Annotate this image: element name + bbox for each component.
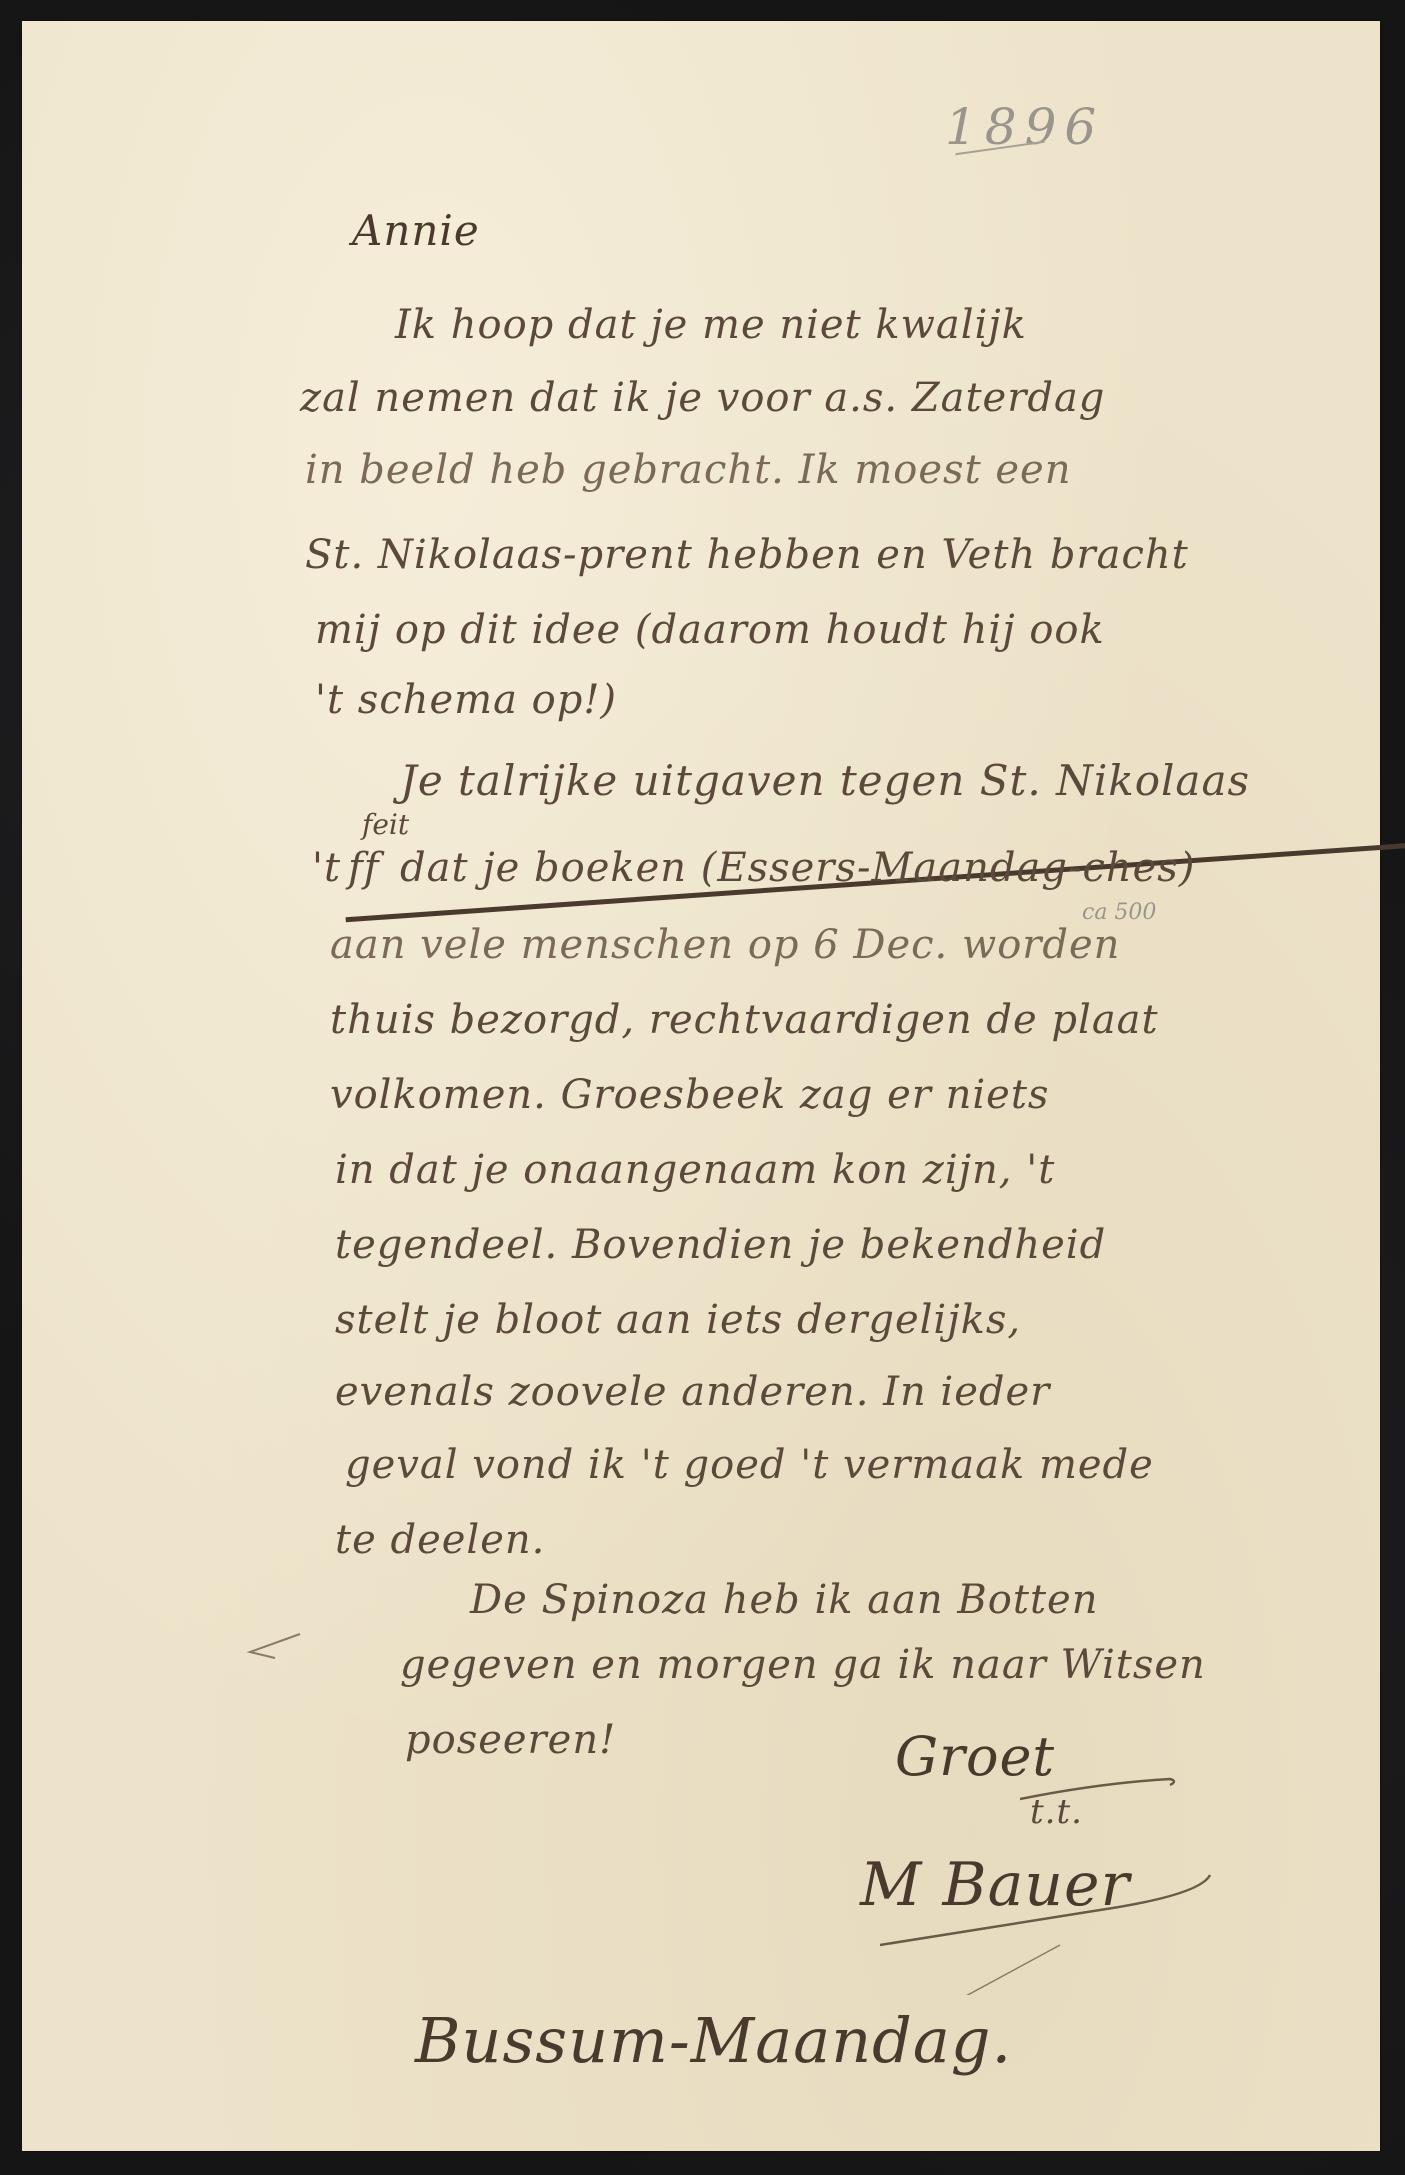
- letter-line-8: dat je boeken (Essers-Maandag-ches): [400, 848, 1195, 888]
- letter-line-10: thuis bezorgd, rechtvaardigen de plaat: [330, 1000, 1159, 1040]
- line8-prefix: 't: [312, 848, 341, 888]
- closing-stroke: [1020, 1775, 1180, 1805]
- letter-line-9: aan vele menschen op 6 Dec. worden: [330, 925, 1120, 965]
- place-and-day: Bussum-Maandag.: [415, 2010, 1012, 2072]
- letter-line-3: in beeld heb gebracht. Ik moest een: [305, 450, 1071, 490]
- letter-line-6: 't schema op!): [315, 680, 617, 720]
- letter-line-13: tegendeel. Bovendien je bekendheid: [335, 1225, 1106, 1265]
- letter-line-19: gegeven en morgen ga ik naar Witsen: [400, 1645, 1206, 1685]
- letter-line-2: zal nemen dat ik je voor a.s. Zaterdag: [300, 378, 1105, 418]
- letter-line-4: St. Nikolaas-prent hebben en Veth bracht: [305, 535, 1189, 575]
- letter-line-5: mij op dit idee (daarom houdt hij ook: [315, 610, 1105, 650]
- letter-line-17: te deelen.: [335, 1520, 545, 1560]
- letter-line-20: poseeren!: [405, 1720, 616, 1760]
- letter-line-11: volkomen. Groesbeek zag er niets: [330, 1075, 1049, 1115]
- margin-mark-icon: [245, 1630, 305, 1660]
- letter-line-15: evenals zoovele anderen. In ieder: [335, 1372, 1050, 1412]
- signature-flourish: [640, 1835, 1220, 1995]
- inserted-word: feit: [362, 808, 409, 841]
- letter-line-1: Ik hoop dat je me niet kwalijk: [395, 305, 1027, 345]
- year-annotation: 1896: [945, 98, 1104, 156]
- letter-line-14: stelt je bloot aan iets dergelijks,: [335, 1300, 1021, 1340]
- letter-line-7: Je talrijke uitgaven tegen St. Nikolaas: [400, 760, 1250, 802]
- letter-line-18: De Spinoza heb ik aan Botten: [470, 1580, 1098, 1620]
- letter-line-12: in dat je onaangenaam kon zijn, 't: [335, 1150, 1055, 1190]
- salutation: Annie: [352, 210, 480, 252]
- letter-line-16: geval vond ik 't goed 't vermaak mede: [345, 1445, 1154, 1485]
